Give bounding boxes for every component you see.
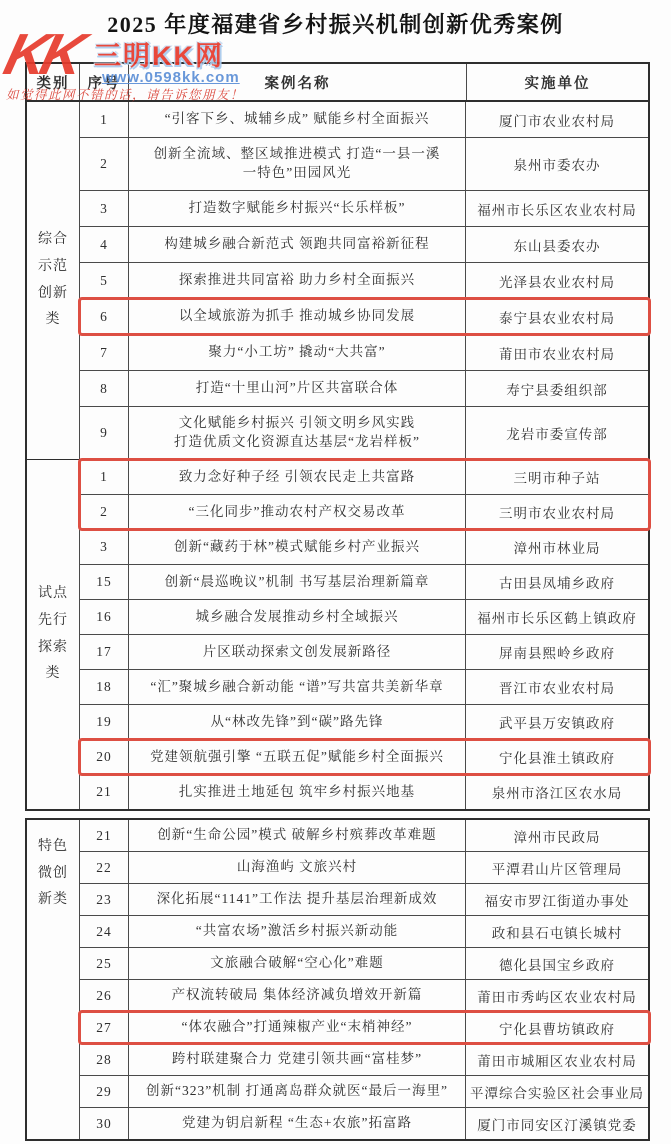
table-row: 19从“林改先锋”到“碳”路先锋武平县万安镇政府 (80, 704, 648, 739)
table-row: 16城乡融合发展推动乡村全域振兴福州市长乐区鹤上镇政府 (80, 599, 648, 634)
implementing-unit-cell: 泉州市委农办 (466, 138, 648, 190)
case-number-cell: 21 (80, 820, 129, 851)
table-row: 21扎实推进土地延包 筑牢乡村振兴地基泉州市洛江区农水局 (80, 774, 648, 809)
implementing-unit-cell: 光泽县农业农村局 (466, 263, 648, 298)
category-label-line: 示范 (38, 254, 68, 281)
case-number-cell: 8 (80, 371, 129, 406)
table-row: 8打造“十里山河”片区共富联合体寿宁县委组织部 (80, 370, 648, 406)
implementing-unit-cell: 福州市长乐区鹤上镇政府 (466, 600, 648, 634)
case-number-cell: 7 (80, 335, 129, 370)
case-number-cell: 2 (80, 495, 129, 529)
implementing-unit-cell: 武平县万安镇政府 (466, 705, 648, 739)
implementing-unit-cell: 厦门市农业农村局 (466, 102, 648, 137)
table-row: 2“三化同步”推动农村产权交易改革三明市农业农村局 (80, 494, 648, 529)
case-number-cell: 19 (80, 705, 129, 739)
case-name-cell: 片区联动探索文创发展新路径 (129, 635, 466, 669)
table-row: 18“汇”聚城乡融合新动能 “谱”写共富共美新华章晋江市农业农村局 (80, 669, 648, 704)
table-row: 26产权流转破局 集体经济减负增效开新篇莆田市秀屿区农业农村局 (80, 979, 648, 1011)
case-number-cell: 26 (80, 980, 129, 1011)
section-comprehensive-demo: 综合示范创新类 1“引客下乡、城辅乡成” 赋能乡村全面振兴厦门市农业农村局2创新… (27, 102, 648, 459)
table-row: 3创新“藏药于林”模式赋能乡村产业振兴漳州市林业局 (80, 529, 648, 564)
case-number-cell: 17 (80, 635, 129, 669)
table-row: 5探索推进共同富裕 助力乡村全面振兴光泽县农业农村局 (80, 262, 648, 298)
case-number-cell: 3 (80, 530, 129, 564)
case-number-cell: 20 (80, 740, 129, 774)
case-number-cell: 2 (80, 138, 129, 190)
category-label-line: 探索 (38, 635, 68, 662)
case-number-cell: 23 (80, 884, 129, 915)
category-cell: 试点先行探索类 (27, 460, 80, 809)
table-lower-block: 特色微创新类 21创新“生命公园”模式 破解乡村殡葬改革难题漳州市民政局22山海… (25, 818, 650, 1141)
table-row: 6以全域旅游为抓手 推动城乡协同发展泰宁县农业农村局 (80, 299, 648, 334)
implementing-unit-cell: 屏南县熙岭乡政府 (466, 635, 648, 669)
watermark-site-url: www.0598kk.com (102, 69, 240, 86)
table-row: 23深化拓展“1141”工作法 提升基层治理新成效福安市罗江街道办事处 (80, 883, 648, 915)
case-name-cell: 党建为钥启新程 “生态+农旅”拓富路 (129, 1108, 466, 1139)
table-row: 28跨村联建聚合力 党建引领共画“富桂梦”莆田市城厢区农业农村局 (80, 1043, 648, 1075)
table-row: 4构建城乡融合新范式 领跑共同富裕新征程东山县委农办 (80, 226, 648, 262)
implementing-unit-cell: 莆田市农业农村局 (466, 335, 648, 370)
case-number-cell: 21 (80, 775, 129, 809)
implementing-unit-cell: 漳州市民政局 (466, 820, 648, 851)
table-row: 3打造数字赋能乡村振兴“长乐样板”福州市长乐区农业农村局 (80, 190, 648, 226)
case-name-cell: 创新“323”机制 打通离岛群众就医“最后一海里” (129, 1076, 466, 1107)
case-name-cell: 文旅融合破解“空心化”难题 (129, 948, 466, 979)
case-name-cell: 创新“生命公园”模式 破解乡村殡葬改革难题 (129, 820, 466, 851)
table-row: 1致力念好种子经 引领农民走上共富路三明市种子站 (80, 460, 648, 494)
case-name-cell: 文化赋能乡村振兴 引领文明乡风实践 打造优质文化资源直达基层“龙岩样板” (129, 407, 466, 459)
implementing-unit-cell: 宁化县淮土镇政府 (466, 740, 648, 774)
case-number-cell: 29 (80, 1076, 129, 1107)
case-name-cell: 创新全流域、整区域推进模式 打造“一县一溪 一特色”田园风光 (129, 138, 466, 190)
category-label-line: 特色 (38, 834, 68, 861)
table-row: 1“引客下乡、城辅乡成” 赋能乡村全面振兴厦门市农业农村局 (80, 102, 648, 137)
watermark: KK 三明KK网 www.0598kk.com 如觉得此网不错的话，请告诉您朋友… (6, 28, 336, 98)
implementing-unit-cell: 德化县国宝乡政府 (466, 948, 648, 979)
case-number-cell: 3 (80, 191, 129, 226)
table-row: 2创新全流域、整区域推进模式 打造“一县一溪 一特色”田园风光泉州市委农办 (80, 137, 648, 190)
implementing-unit-cell: 福州市长乐区农业农村局 (466, 191, 648, 226)
implementing-unit-cell: 三明市种子站 (466, 460, 648, 494)
category-label-line: 类 (46, 307, 61, 334)
implementing-unit-cell: 平潭综合实验区社会事业局 (466, 1076, 648, 1107)
case-number-cell: 25 (80, 948, 129, 979)
case-number-cell: 27 (80, 1012, 129, 1043)
case-number-cell: 30 (80, 1108, 129, 1139)
category-label-line: 试点 (38, 581, 68, 608)
case-number-cell: 15 (80, 565, 129, 599)
document-page: 2025 年度福建省乡村振兴机制创新优秀案例 KK 三明KK网 www.0598… (0, 0, 671, 1144)
case-number-cell: 22 (80, 852, 129, 883)
case-number-cell: 5 (80, 263, 129, 298)
case-number-cell: 1 (80, 460, 129, 494)
case-name-cell: “体农融合”打通辣椒产业“末梢神经” (129, 1012, 466, 1043)
table-row: 25文旅融合破解“空心化”难题德化县国宝乡政府 (80, 947, 648, 979)
table-upper-block: 综合示范创新类 1“引客下乡、城辅乡成” 赋能乡村全面振兴厦门市农业农村局2创新… (25, 102, 650, 811)
category-label-line: 综合 (38, 227, 68, 254)
case-name-cell: 构建城乡融合新范式 领跑共同富裕新征程 (129, 227, 466, 262)
implementing-unit-cell: 龙岩市委宣传部 (466, 407, 648, 459)
case-number-cell: 9 (80, 407, 129, 459)
case-name-cell: “汇”聚城乡融合新动能 “谱”写共富共美新华章 (129, 670, 466, 704)
case-number-cell: 16 (80, 600, 129, 634)
implementing-unit-cell: 宁化县曹坊镇政府 (466, 1012, 648, 1043)
case-name-cell: “共富农场”激活乡村振兴新动能 (129, 916, 466, 947)
category-cell: 综合示范创新类 (27, 102, 80, 459)
case-name-cell: 创新“藏药于林”模式赋能乡村产业振兴 (129, 530, 466, 564)
case-name-cell: 以全域旅游为抓手 推动城乡协同发展 (129, 299, 466, 334)
case-name-cell: “三化同步”推动农村产权交易改革 (129, 495, 466, 529)
case-number-cell: 24 (80, 916, 129, 947)
cases-table: 类别 序号 案例名称 实施单位 综合示范创新类 1“引客下乡、城辅乡成” 赋能乡… (25, 62, 650, 1141)
case-name-cell: 扎实推进土地延包 筑牢乡村振兴地基 (129, 775, 466, 809)
watermark-site-name: 三明KK网 (94, 34, 224, 73)
watermark-tagline: 如觉得此网不错的话，请告诉您朋友！ (6, 85, 244, 103)
implementing-unit-cell: 福安市罗江街道办事处 (466, 884, 648, 915)
implementing-unit-cell: 莆田市秀屿区农业农村局 (466, 980, 648, 1011)
section-special-micro-innovation: 特色微创新类 21创新“生命公园”模式 破解乡村殡葬改革难题漳州市民政局22山海… (27, 820, 648, 1139)
table-row: 17片区联动探索文创发展新路径屏南县熙岭乡政府 (80, 634, 648, 669)
implementing-unit-cell: 政和县石屯镇长城村 (466, 916, 648, 947)
case-name-cell: 聚力“小工坊” 撬动“大共富” (129, 335, 466, 370)
case-name-cell: 城乡融合发展推动乡村全域振兴 (129, 600, 466, 634)
kk-logo-icon: KK (0, 28, 85, 82)
case-number-cell: 28 (80, 1044, 129, 1075)
section-rows: 1致力念好种子经 引领农民走上共富路三明市种子站2“三化同步”推动农村产权交易改… (80, 460, 648, 809)
highlight-box: 20党建领航强引擎 “五联五促”赋能乡村全面振兴宁化县淮土镇政府 (80, 739, 648, 774)
implementing-unit-cell: 三明市农业农村局 (466, 495, 648, 529)
table-row: 29创新“323”机制 打通离岛群众就医“最后一海里”平潭综合实验区社会事业局 (80, 1075, 648, 1107)
section-rows: 21创新“生命公园”模式 破解乡村殡葬改革难题漳州市民政局22山海渔屿 文旅兴村… (80, 820, 648, 1139)
table-row: 22山海渔屿 文旅兴村平潭君山片区管理局 (80, 851, 648, 883)
header-unit: 实施单位 (467, 64, 648, 100)
case-name-cell: 产权流转破局 集体经济减负增效开新篇 (129, 980, 466, 1011)
implementing-unit-cell: 东山县委农办 (466, 227, 648, 262)
highlight-box: 27“体农融合”打通辣椒产业“末梢神经”宁化县曹坊镇政府 (80, 1011, 648, 1043)
category-label-line: 微创 (38, 861, 68, 888)
table-row: 27“体农融合”打通辣椒产业“末梢神经”宁化县曹坊镇政府 (80, 1012, 648, 1043)
case-name-cell: 致力念好种子经 引领农民走上共富路 (129, 460, 466, 494)
case-name-cell: “引客下乡、城辅乡成” 赋能乡村全面振兴 (129, 102, 466, 137)
case-number-cell: 18 (80, 670, 129, 704)
implementing-unit-cell: 漳州市林业局 (466, 530, 648, 564)
table-row: 24“共富农场”激活乡村振兴新动能政和县石屯镇长城村 (80, 915, 648, 947)
table-row: 15创新“晨巡晚议”机制 书写基层治理新篇章古田县凤埔乡政府 (80, 564, 648, 599)
case-name-cell: 跨村联建聚合力 党建引领共画“富桂梦” (129, 1044, 466, 1075)
implementing-unit-cell: 泉州市洛江区农水局 (466, 775, 648, 809)
category-label-line: 新类 (38, 887, 68, 914)
table-row: 20党建领航强引擎 “五联五促”赋能乡村全面振兴宁化县淮土镇政府 (80, 740, 648, 774)
case-name-cell: 党建领航强引擎 “五联五促”赋能乡村全面振兴 (129, 740, 466, 774)
table-row: 9文化赋能乡村振兴 引领文明乡风实践 打造优质文化资源直达基层“龙岩样板”龙岩市… (80, 406, 648, 459)
implementing-unit-cell: 寿宁县委组织部 (466, 371, 648, 406)
category-label-line: 创新 (38, 281, 68, 308)
case-number-cell: 6 (80, 299, 129, 334)
implementing-unit-cell: 古田县凤埔乡政府 (466, 565, 648, 599)
case-number-cell: 1 (80, 102, 129, 137)
implementing-unit-cell: 厦门市同安区汀溪镇党委 (466, 1108, 648, 1139)
implementing-unit-cell: 泰宁县农业农村局 (466, 299, 648, 334)
table-row: 30党建为钥启新程 “生态+农旅”拓富路厦门市同安区汀溪镇党委 (80, 1107, 648, 1139)
case-name-cell: 打造数字赋能乡村振兴“长乐样板” (129, 191, 466, 226)
highlight-box: 6以全域旅游为抓手 推动城乡协同发展泰宁县农业农村局 (80, 298, 648, 334)
case-name-cell: 创新“晨巡晚议”机制 书写基层治理新篇章 (129, 565, 466, 599)
table-row: 21创新“生命公园”模式 破解乡村殡葬改革难题漳州市民政局 (80, 820, 648, 851)
case-name-cell: 探索推进共同富裕 助力乡村全面振兴 (129, 263, 466, 298)
highlight-box: 1致力念好种子经 引领农民走上共富路三明市种子站2“三化同步”推动农村产权交易改… (80, 460, 648, 529)
implementing-unit-cell: 晋江市农业农村局 (466, 670, 648, 704)
section-rows: 1“引客下乡、城辅乡成” 赋能乡村全面振兴厦门市农业农村局2创新全流域、整区域推… (80, 102, 648, 459)
table-row: 7聚力“小工坊” 撬动“大共富”莆田市农业农村局 (80, 334, 648, 370)
implementing-unit-cell: 莆田市城厢区农业农村局 (466, 1044, 648, 1075)
case-name-cell: 打造“十里山河”片区共富联合体 (129, 371, 466, 406)
category-cell: 特色微创新类 (27, 820, 80, 1139)
case-name-cell: 深化拓展“1141”工作法 提升基层治理新成效 (129, 884, 466, 915)
section-pilot-exploration: 试点先行探索类 1致力念好种子经 引领农民走上共富路三明市种子站2“三化同步”推… (27, 459, 648, 809)
case-name-cell: 山海渔屿 文旅兴村 (129, 852, 466, 883)
case-number-cell: 4 (80, 227, 129, 262)
category-label-line: 先行 (38, 608, 68, 635)
case-name-cell: 从“林改先锋”到“碳”路先锋 (129, 705, 466, 739)
implementing-unit-cell: 平潭君山片区管理局 (466, 852, 648, 883)
category-label-line: 类 (46, 661, 61, 688)
